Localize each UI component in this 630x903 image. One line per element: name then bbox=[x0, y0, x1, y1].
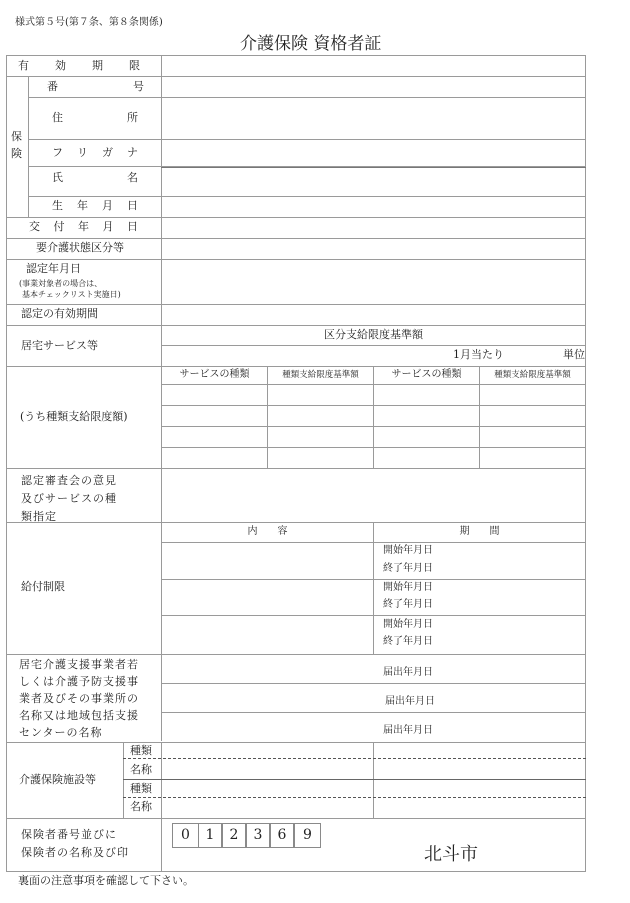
insurer-name: 北斗市 bbox=[424, 844, 478, 866]
support-provider-label: 居宅介護支援事業者若 しくは介護予防支援事 業者及びその事業所の 名称又は地域包… bbox=[19, 656, 139, 741]
furigana-value bbox=[162, 140, 585, 166]
end-date-label: 終了年月日 bbox=[383, 635, 433, 649]
unit-label: 単位 bbox=[563, 348, 585, 362]
start-date-label: 開始年月日 bbox=[383, 581, 433, 595]
table-row bbox=[162, 427, 585, 448]
facility-label: 介護保険施設等 bbox=[19, 773, 96, 787]
end-date-label: 終了年月日 bbox=[383, 598, 433, 612]
insurer-number-digit: 3 bbox=[246, 823, 270, 848]
type-limit-col-amount-2: 種類支給限度基準額 bbox=[480, 368, 585, 382]
certification-date-value bbox=[162, 260, 585, 304]
notification-date-label: 届出年月日 bbox=[385, 695, 435, 709]
facility-type-label: 種類 bbox=[130, 782, 152, 796]
facility-name-label: 名称 bbox=[130, 800, 152, 814]
type-limit-col-amount-1: 種類支給限度基準額 bbox=[268, 368, 373, 382]
birthdate-label: 生年月日 bbox=[52, 199, 138, 213]
validity-period-label: 有効期限 bbox=[18, 59, 140, 73]
validity-period-value bbox=[162, 56, 585, 76]
facility-type-label: 種類 bbox=[130, 744, 152, 758]
notification-date-label: 届出年月日 bbox=[383, 666, 433, 680]
insurer-number-digit: 2 bbox=[222, 823, 246, 848]
furigana-label: フリガナ bbox=[52, 146, 138, 160]
start-date-label: 開始年月日 bbox=[383, 544, 433, 558]
certification-date-note-1: (事業対象者の場合は、 bbox=[19, 279, 102, 289]
start-date-label: 開始年月日 bbox=[383, 618, 433, 632]
facility-name-label: 名称 bbox=[130, 763, 152, 777]
insured-group-label: 保 険 bbox=[11, 128, 22, 162]
issue-date-value bbox=[162, 218, 585, 238]
insurer-number-digit: 1 bbox=[198, 823, 222, 848]
issue-date-label: 交付年月日 bbox=[29, 220, 138, 234]
table-row bbox=[162, 406, 585, 427]
committee-opinion-value bbox=[162, 469, 585, 522]
type-limit-label: (うち種類支給限度額) bbox=[20, 410, 128, 424]
committee-opinion-label: 認定審査会の意見 及びサービスの種 類指定 bbox=[21, 472, 117, 526]
insurer-number-digit: 9 bbox=[294, 823, 321, 848]
insured-number-label: 番号 bbox=[47, 80, 144, 94]
per-month-label: 1月当たり bbox=[453, 348, 504, 362]
insurer-number-digit: 6 bbox=[270, 823, 294, 848]
birthdate-value bbox=[162, 197, 585, 217]
form-number: 様式第５号(第７条、第８条関係) bbox=[15, 16, 163, 30]
home-services-label: 居宅サービス等 bbox=[21, 339, 98, 353]
address-label: 住所 bbox=[52, 111, 138, 125]
notification-date-label: 届出年月日 bbox=[383, 724, 433, 738]
label-divider-lower bbox=[161, 742, 162, 872]
certification-date-note-2: 基本チェックリスト実施日) bbox=[22, 290, 121, 300]
insured-number-value bbox=[162, 77, 585, 97]
certification-date-label: 認定年月日 bbox=[26, 262, 81, 276]
page-title: 介護保険 資格者証 bbox=[240, 34, 381, 54]
insurer-label: 保険者番号並びに 保険者の名称及び印 bbox=[21, 826, 129, 862]
benefit-restriction-label: 給付制限 bbox=[21, 580, 65, 594]
name-label: 氏名 bbox=[52, 171, 138, 185]
table-row bbox=[162, 385, 585, 406]
certification-valid-period-value bbox=[162, 305, 585, 325]
address-value bbox=[162, 98, 585, 139]
benefit-limit-header: 区分支給限度基準額 bbox=[162, 328, 585, 342]
certification-valid-period-label: 認定の有効期間 bbox=[21, 307, 98, 321]
insurer-number-digit: 0 bbox=[172, 823, 199, 848]
end-date-label: 終了年月日 bbox=[383, 562, 433, 576]
restriction-col-period: 期 間 bbox=[374, 525, 585, 539]
type-limit-col-service-type-2: サービスの種類 bbox=[374, 368, 479, 382]
type-limit-rows bbox=[162, 385, 585, 468]
restriction-col-content: 内 容 bbox=[162, 525, 373, 539]
type-limit-col-service-type-1: サービスの種類 bbox=[162, 368, 267, 382]
table-row bbox=[162, 448, 585, 468]
name-value bbox=[162, 168, 585, 196]
care-level-value bbox=[162, 239, 585, 259]
footer-note: 裏面の注意事項を確認して下さい。 bbox=[18, 874, 194, 888]
care-level-label: 要介護状態区分等 bbox=[36, 241, 124, 255]
